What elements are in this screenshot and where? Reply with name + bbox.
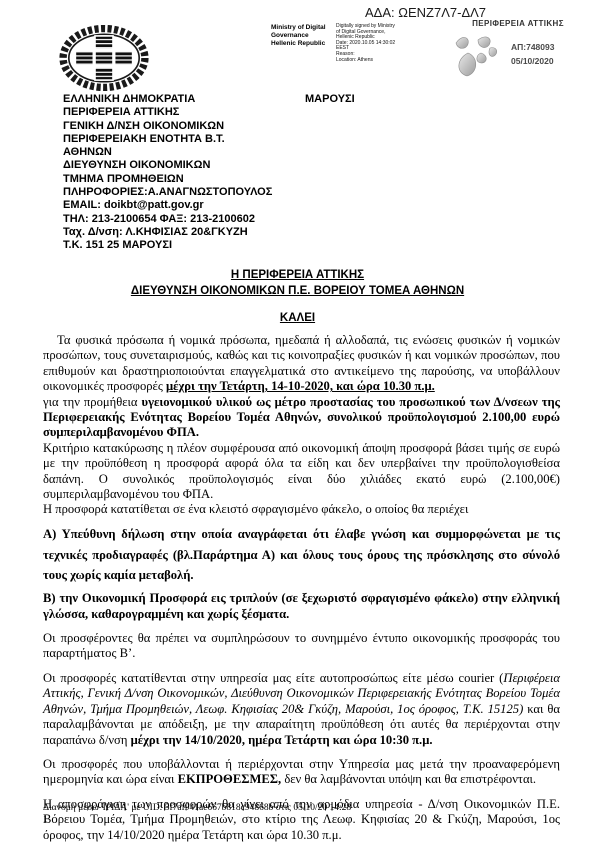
signature-authority: Ministry of Digital Governance Hellenic … bbox=[271, 24, 331, 63]
signature-authority-line: Ministry of Digital bbox=[271, 24, 331, 32]
text-run: Κριτήριο κατακύρωσης η πλέον συμφέρουσα … bbox=[43, 441, 560, 501]
letterhead-line: ΠΛΗΡΟΦΟΡΙΕΣ:Α.ΑΝΑΓΝΩΣΤΟΠΟΥΛΟΣ bbox=[63, 186, 272, 199]
text-run: δεν θα λαμβάνονται υπόψη και θα επιστρέφ… bbox=[281, 772, 536, 786]
letterhead-line: EMAIL: doikbt@patt.gov.gr bbox=[63, 199, 272, 212]
paragraph: Η προσφορά κατατίθεται σε ένα κλειστό σφ… bbox=[43, 502, 560, 517]
page-number: 1 bbox=[43, 814, 351, 826]
paragraph: Τα φυσικά πρόσωπα ή νομικά πρόσωπα, ημεδ… bbox=[43, 333, 560, 395]
signature-authority-line: Governance bbox=[271, 32, 331, 40]
text-run: Η προσφορά κατατίθεται σε ένα κλειστό σφ… bbox=[43, 502, 468, 516]
letterhead-line: Ταχ. Δ/νση: Λ.ΚΗΦΙΣΙΑΣ 20&ΓΚΥΖΗ bbox=[63, 226, 272, 239]
call-heading: ΚΑΛΕΙ bbox=[0, 310, 595, 326]
stamp-region-name: ΠΕΡΙΦΕΡΕΙΑ ΑΤΤΙΚΗΣ bbox=[447, 19, 589, 28]
paragraph: Α) Υπεύθυνη δήλωση στην οποία αναγράφετα… bbox=[43, 524, 560, 586]
paragraph: Κριτήριο κατακύρωσης η πλέον συμφέρουσα … bbox=[43, 441, 560, 503]
paragraph: Οι προσφέροντες θα πρέπει να συμπληρώσου… bbox=[43, 631, 560, 662]
city-label: ΜΑΡΟΥΣΙ bbox=[305, 93, 355, 105]
letterhead-line: ΠΕΡΙΦΕΡΕΙΑ ΑΤΤΙΚΗΣ bbox=[63, 106, 272, 119]
footer-distribution: Διανομή μέσω 'ΙΡΙΔΑ' με UID: 5f7af941ae6… bbox=[43, 802, 351, 814]
letterhead-line: ΔΙΕΥΘΥΝΣΗ ΟΙΚΟΝΟΜΙΚΩΝ bbox=[63, 159, 272, 172]
greek-emblem-icon bbox=[59, 25, 149, 91]
letterhead: ΕΛΛΗΝΙΚΗ ΔΗΜΟΚΡΑΤΙΑ ΠΕΡΙΦΕΡΕΙΑ ΑΤΤΙΚΗΣ Γ… bbox=[63, 93, 272, 253]
signature-detail-line: Location: Athens bbox=[336, 58, 414, 64]
signature-authority-line: Hellenic Republic bbox=[271, 40, 331, 48]
text-run: Β) την Οικονομική Προσφορά εις τριπλούν … bbox=[43, 591, 560, 620]
stamp-protocol-number: ΑΠ:748093 bbox=[511, 40, 554, 54]
letterhead-line: ΤΜΗΜΑ ΠΡΟΜΗΘΕΙΩΝ bbox=[63, 173, 272, 186]
text-run: μέχρι την 14/10/2020, ημέρα Τετάρτη και … bbox=[131, 733, 433, 747]
document-titles: Η ΠΕΡΙΦΕΡΕΙΑ ΑΤΤΙΚΗΣ ΔΙΕΥΘΥΝΣΗ ΟΙΚΟΝΟΜΙΚ… bbox=[0, 267, 595, 326]
attica-logo-icon bbox=[447, 32, 503, 80]
paragraph: για την προμήθεια υγειονομικού υλικού ως… bbox=[43, 395, 560, 441]
text-run: μέχρι την Τετάρτη, 14-10-2020, και ώρα 1… bbox=[166, 379, 435, 393]
ada-number: ΑΔΑ: ΩΕΝΖ7Λ7-ΔΛ7 bbox=[365, 5, 486, 20]
paragraph: Οι προσφορές που υποβάλλονται ή περιέρχο… bbox=[43, 757, 560, 788]
ministry-signature-block: Ministry of Digital Governance Hellenic … bbox=[271, 24, 414, 63]
text-run: Οι προσφορές κατατίθενται στην υπηρεσία … bbox=[43, 671, 503, 685]
text-run: Α) Υπεύθυνη δήλωση στην οποία αναγράφετα… bbox=[43, 527, 560, 583]
letterhead-line: ΠΕΡΙΦΕΡΕΙΑΚΗ ΕΝΟΤΗΤΑ Β.Τ. bbox=[63, 133, 272, 146]
document-footer: Διανομή μέσω 'ΙΡΙΔΑ' με UID: 5f7af941ae6… bbox=[43, 802, 351, 826]
text-run: για την προμήθεια bbox=[43, 395, 142, 409]
letterhead-line: ΤΗΛ: 213-2100654 ΦΑΞ: 213-2100602 bbox=[63, 213, 272, 226]
signature-details: Digitally signed by Ministry of Digital … bbox=[336, 24, 414, 63]
text-run: ΕΚΠΡΟΘΕΣΜΕΣ, bbox=[178, 772, 282, 786]
doc-title-line1: Η ΠΕΡΙΦΕΡΕΙΑ ΑΤΤΙΚΗΣ bbox=[0, 267, 595, 283]
attica-stamp: ΠΕΡΙΦΕΡΕΙΑ ΑΤΤΙΚΗΣ ΑΠ:748093 05/10/2020 bbox=[447, 19, 589, 80]
paragraph: Β) την Οικονομική Προσφορά εις τριπλούν … bbox=[43, 591, 560, 622]
stamp-date: 05/10/2020 bbox=[511, 54, 554, 68]
text-run: Οι προσφέροντες θα πρέπει να συμπληρώσου… bbox=[43, 631, 560, 660]
document-page: ΑΔΑ: ΩΕΝΖ7Λ7-ΔΛ7 Ministry of Digital Gov… bbox=[0, 0, 595, 842]
paragraph: Οι προσφορές κατατίθενται στην υπηρεσία … bbox=[43, 671, 560, 748]
document-body: Τα φυσικά πρόσωπα ή νομικά πρόσωπα, ημεδ… bbox=[43, 333, 560, 842]
letterhead-line: ΑΘΗΝΩΝ bbox=[63, 146, 272, 159]
doc-title-line2: ΔΙΕΥΘΥΝΣΗ ΟΙΚΟΝΟΜΙΚΩΝ Π.Ε. ΒΟΡΕΙΟΥ ΤΟΜΕΑ… bbox=[0, 283, 595, 299]
letterhead-line: ΓΕΝΙΚΗ Δ/ΝΣΗ ΟΙΚΟΝΟΜΙΚΩΝ bbox=[63, 120, 272, 133]
letterhead-line: Τ.Κ. 151 25 ΜΑΡΟΥΣΙ bbox=[63, 239, 272, 252]
letterhead-line: ΕΛΛΗΝΙΚΗ ΔΗΜΟΚΡΑΤΙΑ bbox=[63, 93, 272, 106]
